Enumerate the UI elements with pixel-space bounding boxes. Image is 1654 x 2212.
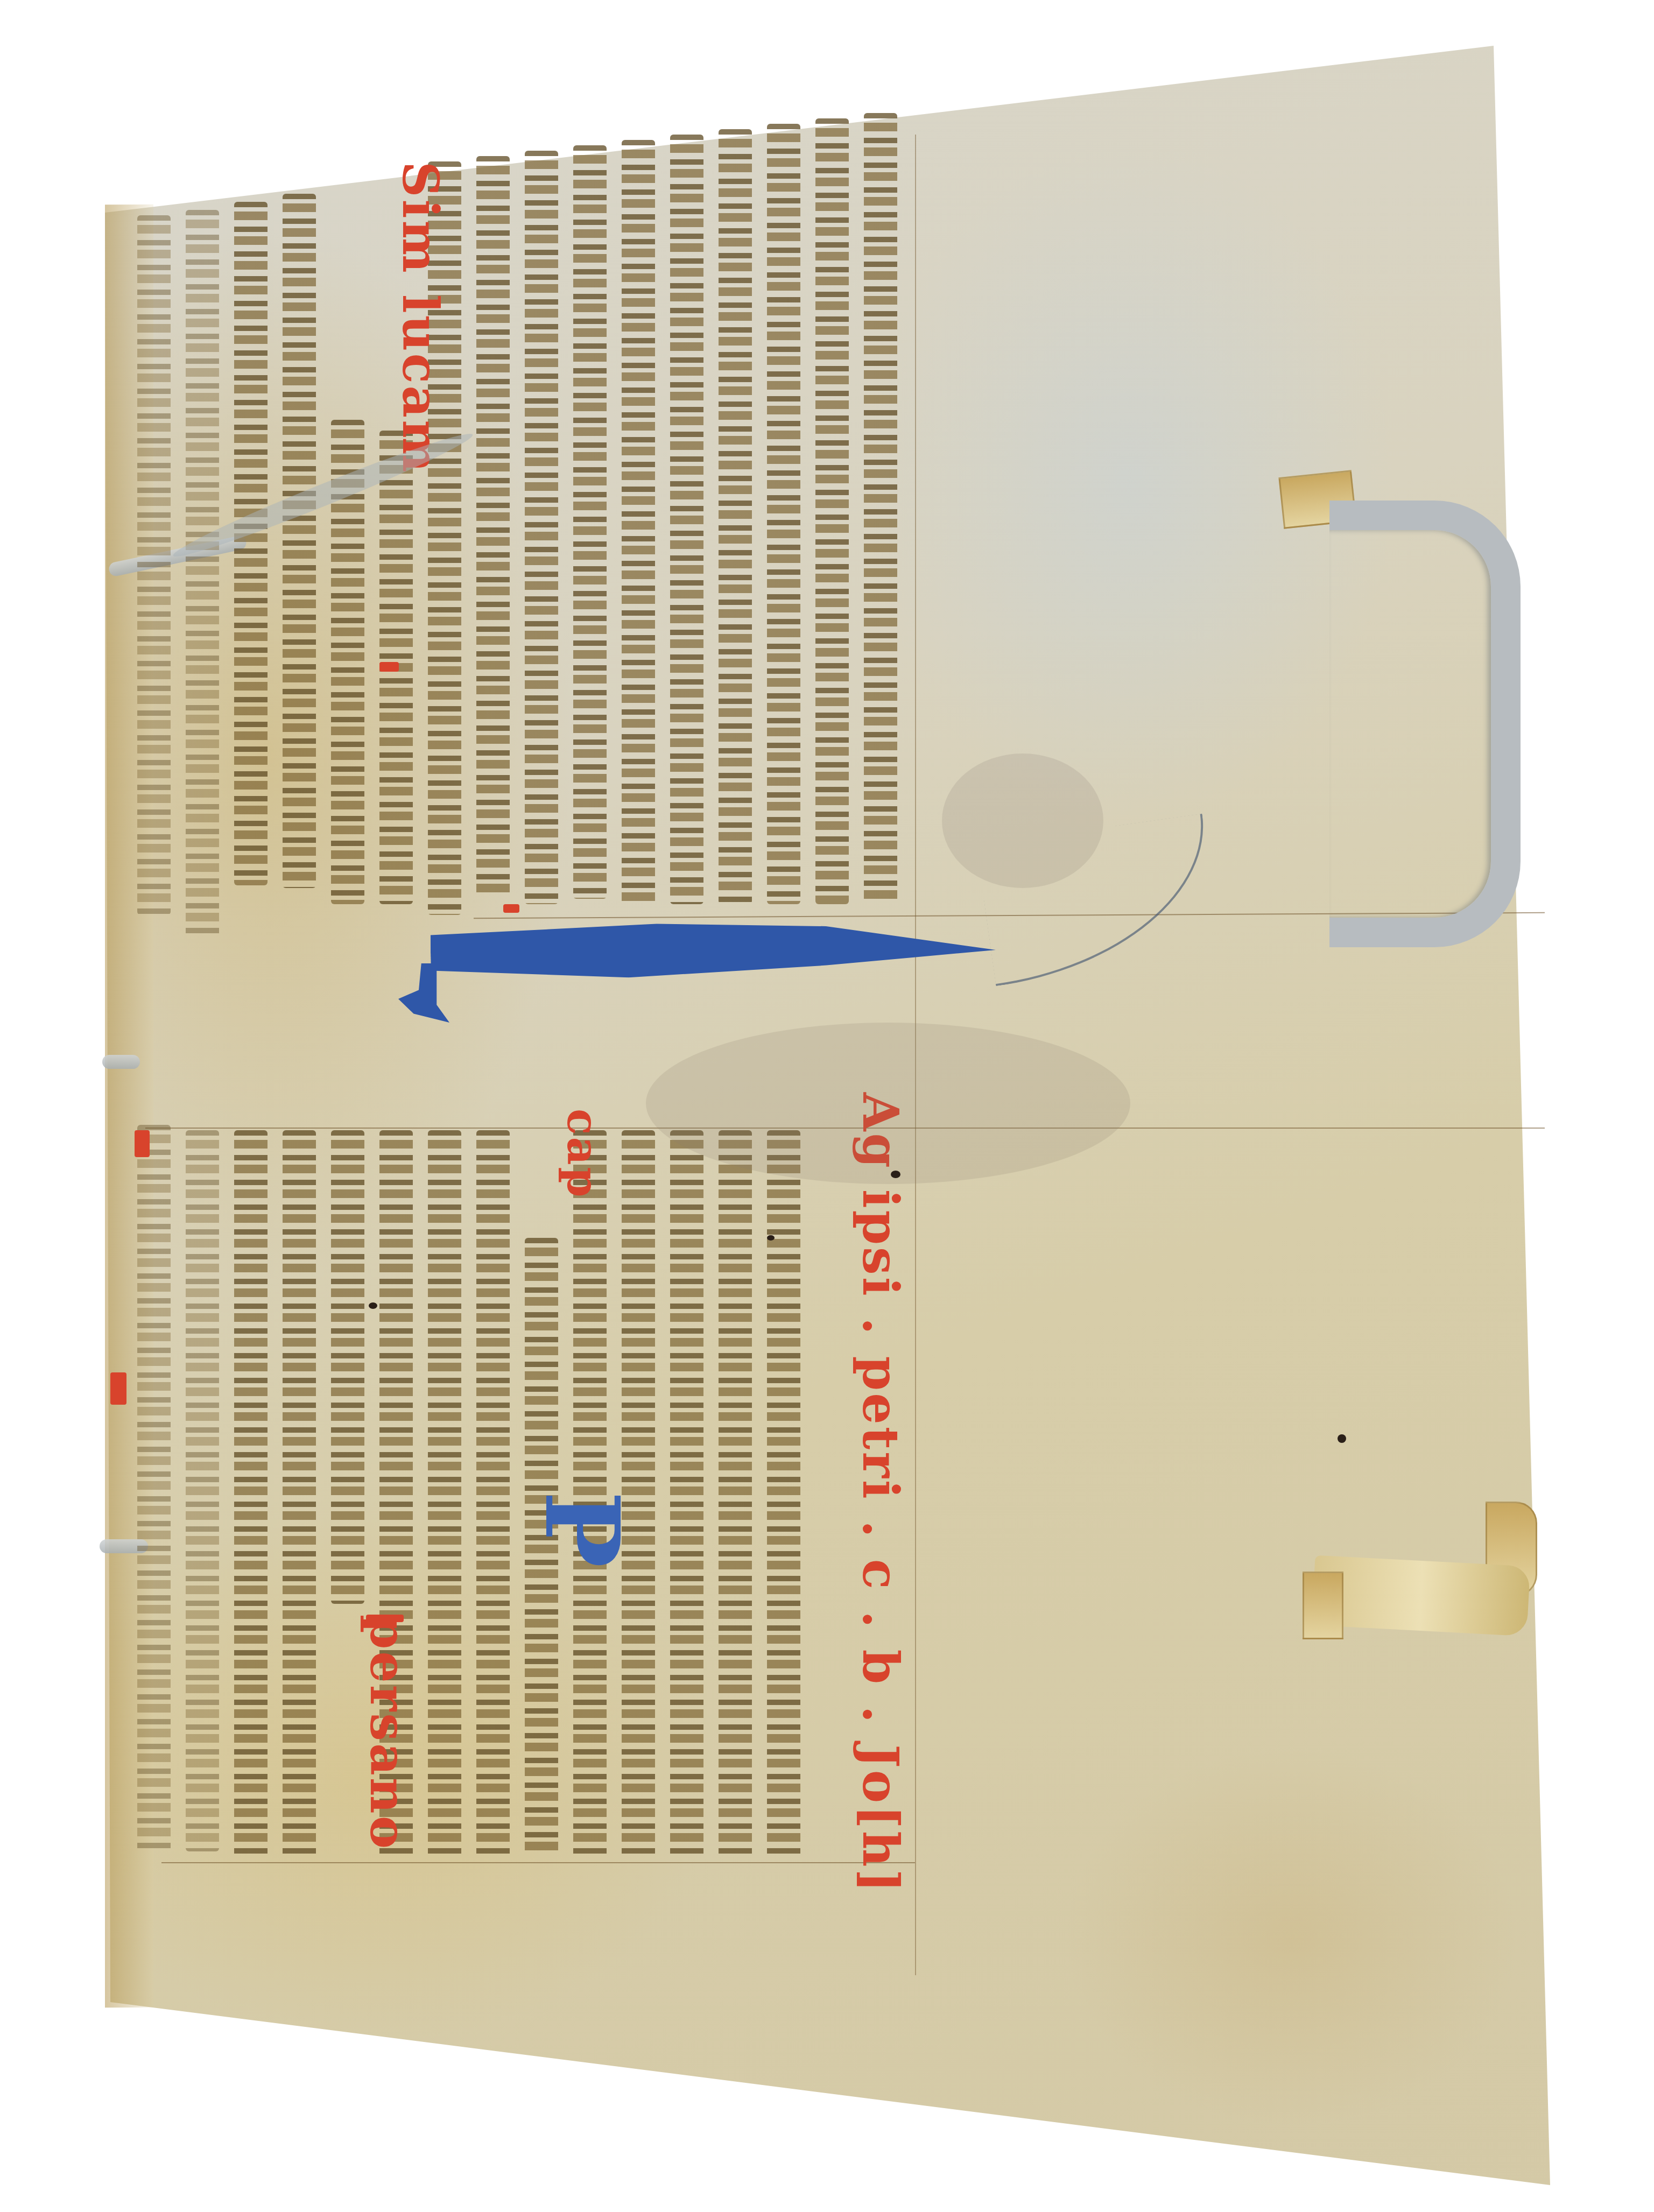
text-line <box>864 113 897 904</box>
worm-hole <box>891 1171 900 1178</box>
text-line <box>234 1130 268 1857</box>
ink-spot <box>369 1302 377 1309</box>
text-line <box>283 1130 316 1857</box>
text-line <box>670 135 703 904</box>
text-line <box>137 1125 171 1851</box>
rubric-paragraph-mark: cap <box>558 1109 608 1199</box>
water-stain <box>646 1023 1130 1184</box>
lower-tie-strap <box>1312 1555 1530 1637</box>
text-line <box>331 1130 364 1604</box>
text-line <box>476 1130 510 1857</box>
blue-initial-p: P <box>522 1491 642 1568</box>
text-line <box>622 140 655 904</box>
text-line <box>428 1130 461 1857</box>
manuscript-photo: Sim lucam Ag ipsi . petri . c . b . Jo[h… <box>0 0 1654 2212</box>
rubric-left-lower-word: persano <box>359 1615 417 1851</box>
red-paraph-mark <box>135 1130 150 1157</box>
text-line <box>573 145 607 899</box>
text-line <box>670 1130 703 1857</box>
text-line <box>719 1130 752 1857</box>
text-line <box>815 118 849 904</box>
rubric-bottom-heading: Ag ipsi . petri . c . b . Jo[h] <box>851 1093 910 1894</box>
red-paraph-mark <box>379 662 399 672</box>
text-line <box>234 202 268 885</box>
text-line <box>283 194 316 888</box>
ink-spot <box>767 1235 775 1241</box>
text-line <box>525 151 558 904</box>
ink-spot <box>1338 1434 1346 1443</box>
text-line <box>767 124 800 904</box>
rubric-top-heading: Sim lucam <box>391 161 449 475</box>
water-stain <box>942 753 1103 888</box>
lower-tie-slot-inner <box>1303 1572 1343 1639</box>
text-line <box>186 1130 219 1851</box>
ruling-bottom <box>161 1862 915 1863</box>
text-line <box>476 156 510 899</box>
sewing-thong-mid <box>102 1055 140 1069</box>
text-line <box>186 210 219 936</box>
red-paraph-mark <box>503 904 519 913</box>
text-line <box>137 215 171 915</box>
red-paraph-mark <box>110 1372 126 1405</box>
text-line <box>719 129 752 904</box>
red-paraph-mark <box>366 1615 404 1622</box>
upper-tie-loop <box>1329 501 1521 947</box>
